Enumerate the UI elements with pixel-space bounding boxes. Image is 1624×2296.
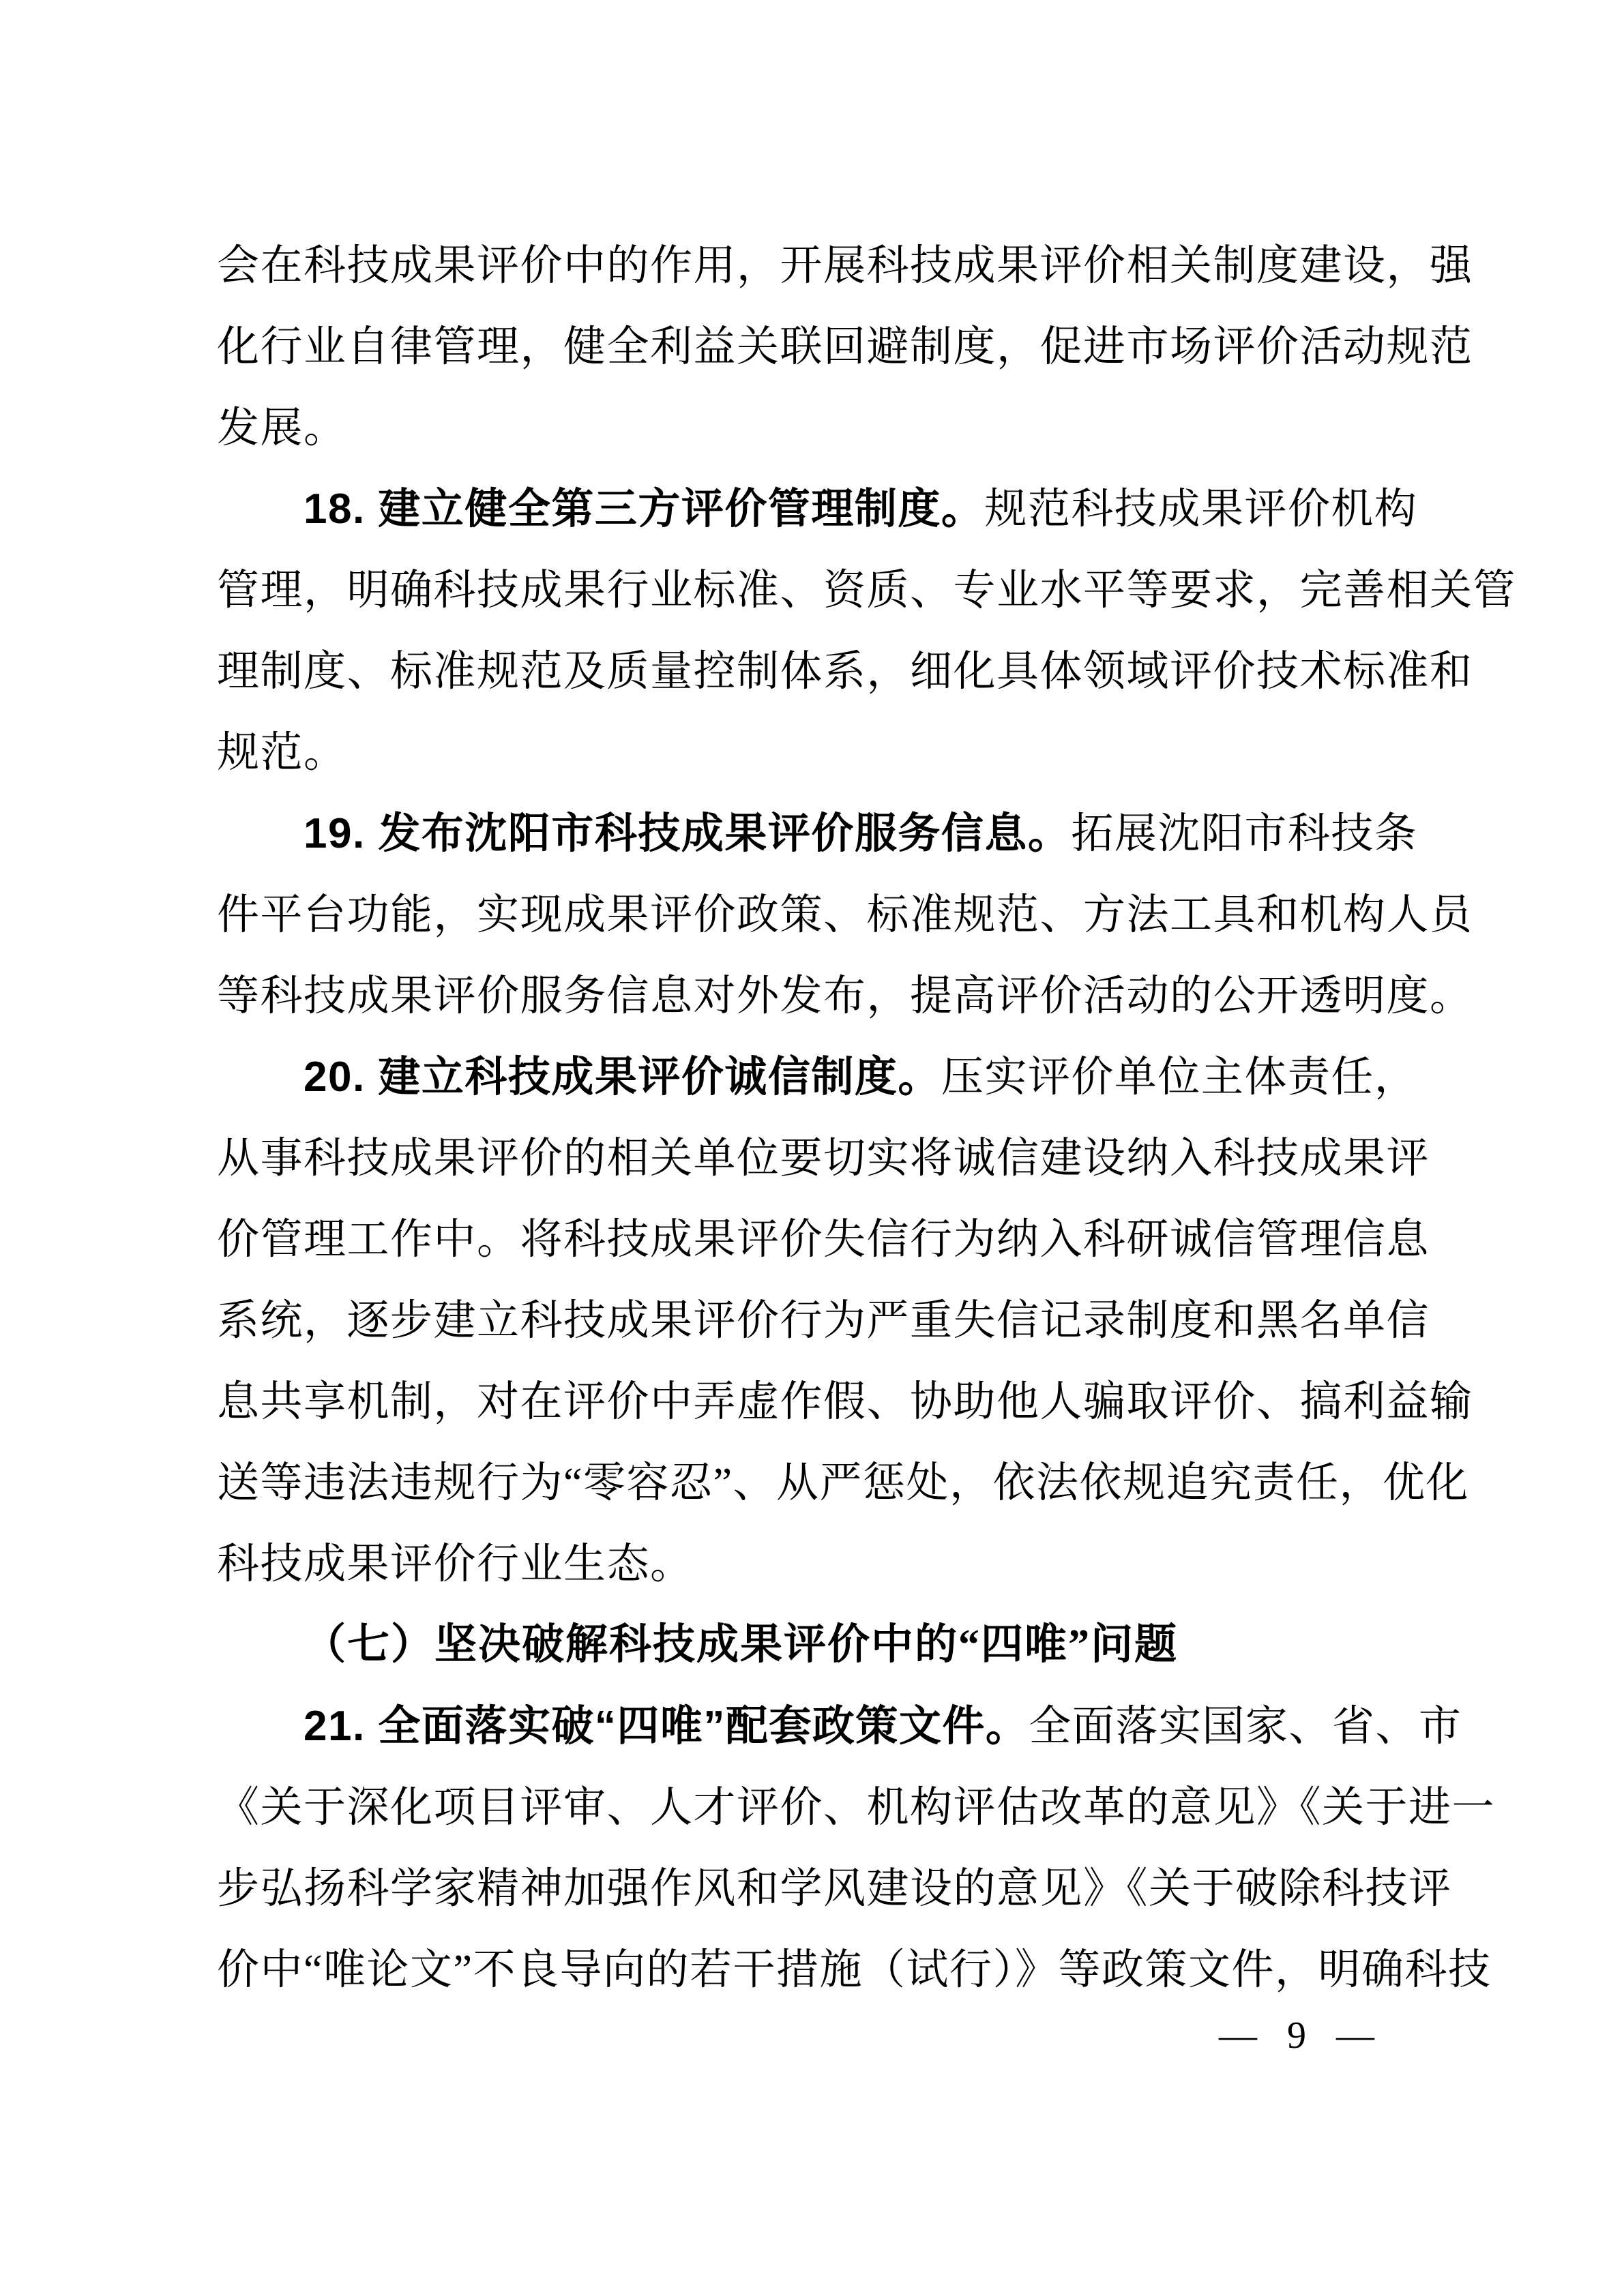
page-number: — 9 — — [1194, 2012, 1399, 2059]
text-line: 步弘扬科学家精神加强作风和学风建设的意见》《关于破除科技评 — [217, 1848, 1438, 1929]
line-body: 压实评价单位主体责任， — [941, 1054, 1418, 1101]
paragraph-lead: 18. 建立健全第三方评价管理制度。 — [304, 486, 984, 533]
text-line-item-20: 20. 建立科技成果评价诚信制度。压实评价单位主体责任， — [217, 1037, 1438, 1118]
line-body: 管理，明确科技成果行业标准、资质、专业水平等要求，完善相关管 — [217, 567, 1516, 614]
text-line: 价管理工作中。将科技成果评价失信行为纳入科研诚信管理信息 — [217, 1199, 1438, 1280]
document-page: 会在科技成果评价中的作用，开展科技成果评价相关制度建设，强 化行业自律管理，健全… — [0, 0, 1624, 2296]
line-body: 科技成果评价行业生态。 — [217, 1541, 694, 1587]
line-body: 全面落实国家、省、市 — [1029, 1703, 1462, 1750]
text-line: 等科技成果评价服务信息对外发布，提高评价活动的公开透明度。 — [217, 955, 1438, 1037]
line-body: 发展。 — [217, 405, 347, 451]
line-body: 息共享机制，对在评价中弄虚作假、协助他人骗取评价、搞利益输 — [217, 1379, 1473, 1425]
text-line: 件平台功能，实现成果评价政策、标准规范、方法工具和机构人员 — [217, 874, 1438, 955]
line-body: 规范科技成果评价机构 — [984, 486, 1417, 533]
line-body: 送等违法违规行为“零容忍”、从严惩处，依法依规追究责任，优化 — [217, 1460, 1469, 1506]
line-body: 会在科技成果评价中的作用，开展科技成果评价相关制度建设，强 — [217, 243, 1473, 289]
paragraph-lead: 19. 发布沈阳市科技成果评价服务信息。 — [304, 810, 1071, 857]
line-body: 系统，逐步建立科技成果评价行为严重失信记录制度和黑名单信 — [217, 1298, 1430, 1344]
section-heading-text: （七）坚决破解科技成果评价中的“四唯”问题 — [304, 1622, 1178, 1668]
section-heading-line: （七）坚决破解科技成果评价中的“四唯”问题 — [217, 1605, 1438, 1686]
line-body: 步弘扬科学家精神加强作风和学风建设的意见》《关于破除科技评 — [217, 1866, 1452, 1912]
text-line: 从事科技成果评价的相关单位要切实将诚信建设纳入科技成果评 — [217, 1118, 1438, 1199]
text-line: 管理，明确科技成果行业标准、资质、专业水平等要求，完善相关管 — [217, 550, 1438, 631]
line-body: 理制度、标准规范及质量控制体系，细化具体领域评价技术标准和 — [217, 648, 1473, 695]
text-line-item-19: 19. 发布沈阳市科技成果评价服务信息。拓展沈阳市科技条 — [217, 793, 1438, 874]
text-line: 系统，逐步建立科技成果评价行为严重失信记录制度和黑名单信 — [217, 1280, 1438, 1361]
text-line: 理制度、标准规范及质量控制体系，细化具体领域评价技术标准和 — [217, 631, 1438, 712]
line-body: 化行业自律管理，健全利益关联回避制度，促进市场评价活动规范 — [217, 324, 1473, 370]
text-line: 发展。 — [217, 387, 1438, 468]
text-line: 会在科技成果评价中的作用，开展科技成果评价相关制度建设，强 — [217, 225, 1438, 306]
text-line-item-18: 18. 建立健全第三方评价管理制度。规范科技成果评价机构 — [217, 468, 1438, 550]
text-line: 《关于深化项目评审、人才评价、机构评估改革的意见》《关于进一 — [217, 1767, 1438, 1848]
line-body: 规范。 — [217, 730, 347, 776]
text-line: 送等违法违规行为“零容忍”、从严惩处，依法依规追究责任，优化 — [217, 1442, 1438, 1523]
line-body: 件平台功能，实现成果评价政策、标准规范、方法工具和机构人员 — [217, 892, 1473, 938]
line-body: 《关于深化项目评审、人才评价、机构评估改革的意见》《关于进一 — [217, 1785, 1495, 1831]
text-line: 科技成果评价行业生态。 — [217, 1523, 1438, 1605]
line-body: 等科技成果评价服务信息对外发布，提高评价活动的公开透明度。 — [217, 973, 1473, 1019]
paragraph-lead: 21. 全面落实破“四唯”配套政策文件。 — [304, 1703, 1029, 1750]
line-body: 拓展沈阳市科技条 — [1071, 811, 1417, 857]
line-body: 价中“唯论文”不良导向的若干措施（试行）》等政策文件，明确科技 — [217, 1947, 1492, 1993]
text-line: 规范。 — [217, 712, 1438, 793]
paragraph-lead: 20. 建立科技成果评价诚信制度。 — [304, 1054, 941, 1101]
text-block: 会在科技成果评价中的作用，开展科技成果评价相关制度建设，强 化行业自律管理，健全… — [217, 225, 1438, 2010]
text-line: 化行业自律管理，健全利益关联回避制度，促进市场评价活动规范 — [217, 306, 1438, 387]
text-line: 价中“唯论文”不良导向的若干措施（试行）》等政策文件，明确科技 — [217, 1929, 1438, 2010]
line-body: 价管理工作中。将科技成果评价失信行为纳入科研诚信管理信息 — [217, 1217, 1430, 1263]
text-line-item-21: 21. 全面落实破“四唯”配套政策文件。全面落实国家、省、市 — [217, 1686, 1438, 1767]
text-line: 息共享机制，对在评价中弄虚作假、协助他人骗取评价、搞利益输 — [217, 1361, 1438, 1442]
line-body: 从事科技成果评价的相关单位要切实将诚信建设纳入科技成果评 — [217, 1135, 1430, 1182]
